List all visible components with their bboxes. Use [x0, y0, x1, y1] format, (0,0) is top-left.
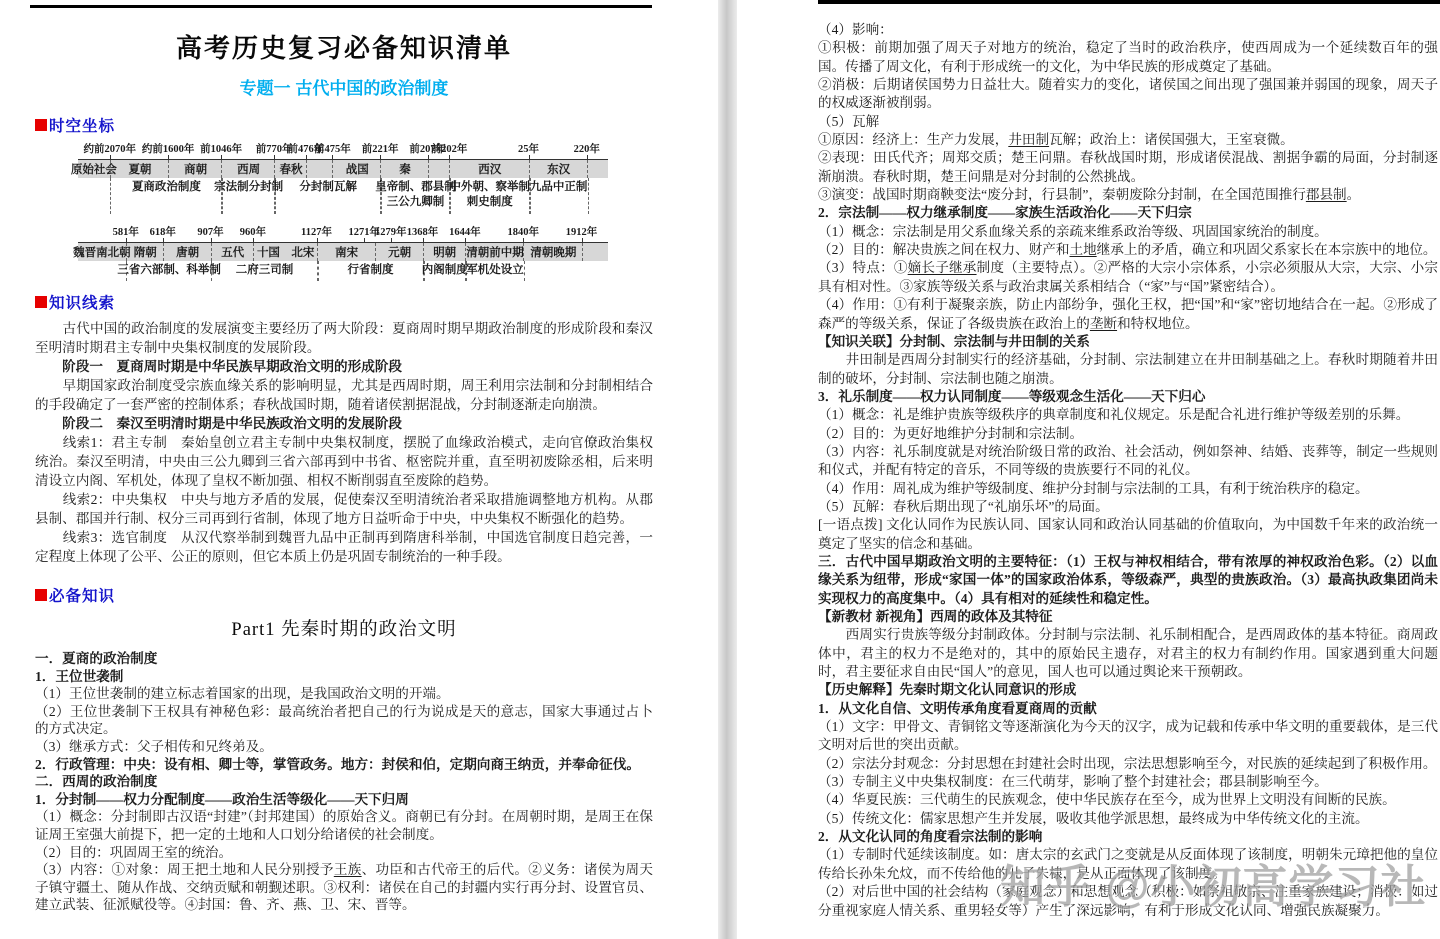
paragraph: （4）华夏民族：三代萌生的民族观念，使中华民族存在至今，成为世界上文明没有间断的…: [818, 791, 1438, 809]
paragraph: 【新教材 新视角】西周的政体及其特征: [818, 608, 1438, 626]
timeline-note-cell: 皇帝制、郡县制三公九卿制: [380, 178, 451, 214]
timeline-period-cell: 十国 北宋: [253, 243, 318, 261]
paragraph: （2）目的：为更好地维护分封制和宗法制。: [818, 425, 1438, 443]
timeline-note-cell: 内阁制度: [423, 261, 467, 281]
paragraph: （2）目的：解决贵族之间在权力、财产和土地继承上的矛盾，确立和巩固父系家长在本宗…: [818, 241, 1438, 259]
timeline-notes-row: 夏商政治制度宗法制分封制分封制瓦解皇帝制、郡县制三公九卿制中外朝、察举制刺史制度…: [78, 178, 608, 214]
timeline-years-row: 581年618年907年960年1127年1271年1279年1368年1644…: [78, 226, 608, 239]
paragraph: （3）内容：礼乐制度就是对统治阶级日常的政治、社会活动，例如祭神、结婚、丧葬等，…: [818, 443, 1438, 480]
paragraph: （5）瓦解：春秋后期出现了“礼崩乐坏”的局面。: [818, 498, 1438, 516]
timeline-year-label: 前202年: [431, 141, 468, 156]
timeline-year-label: 907年: [197, 224, 223, 239]
timeline-period-cell: 清朝晚期: [523, 243, 582, 261]
timeline-period-cell: [428, 160, 450, 178]
timeline-period-cell: 隋朝: [126, 243, 164, 261]
paragraph: 【历史解释】先秦时期文化认同意识的形成: [818, 681, 1438, 699]
paragraph: （2）宗法分封观念：分封思想在封建社会时出现，宗法思想影响至今，对民族的延续起到…: [818, 755, 1438, 773]
timeline-note-cell: 宗法制分封制: [221, 178, 276, 214]
paragraph: 早期国家政治制度受宗族血缘关系的影响明显，尤其是西周时期，周王利用宗法制和分封制…: [35, 376, 653, 414]
timeline-year-label: 1368年: [407, 224, 439, 239]
paragraph: （4）影响：: [818, 21, 1438, 39]
paragraph: 线索2：中央集权 中央与地方矛盾的发展，促使秦汉至明清统治者采取措施调整地方机构…: [35, 490, 653, 528]
timeline-year-label: 960年: [240, 224, 266, 239]
paragraph: （1）概念：礼是维护贵族等级秩序的典章制度和礼仪规定。乐是配合礼进行维护等级差别…: [818, 406, 1438, 424]
page-right: （4）影响：①积极：前期加强了周天子对地方的统治，稳定了当时的政治秩序，使西周成…: [818, 12, 1438, 920]
section-title: 知识线索: [49, 291, 115, 313]
paragraph: （4）作用：①有利于凝聚亲族，防止内部纷争，强化王权，把“国”和“家”密切地结合…: [818, 296, 1438, 333]
timeline-year-label: 618年: [150, 224, 176, 239]
paragraph: 井田制是西周分封制实行的经济基础，分封制、宗法制建立在井田制基础之上。春秋时期随…: [818, 351, 1438, 388]
timeline-period-cell: 西周: [221, 160, 275, 178]
paragraph: （4）作用：周礼成为维护等级制度、维护分封制与宗法制的工具，有利于统治秩序的稳定…: [818, 480, 1438, 498]
timeline-era-bar: 原始社会夏朝商朝西周春秋战国秦西汉东汉: [78, 159, 608, 178]
section-header-clues: 知识线索: [35, 293, 653, 311]
timeline-era-bar: 魏晋南北朝隋朝唐朝五代十国 北宋南宋元朝明朝清朝前中期清朝晚期: [78, 242, 608, 261]
part1-title: Part1 先秦时期的政治文明: [35, 615, 653, 641]
timeline-period-cell: 南宋: [317, 243, 376, 261]
page-top-rule-right: [818, 0, 1440, 4]
red-square-icon: [35, 589, 47, 601]
paragraph: 三．古代中国早期政治文明的主要特征：（1）王权与神权相结合，带有浓厚的神权政治色…: [818, 553, 1438, 608]
timeline-period-cell: [582, 243, 610, 261]
timeline-note-cell: 军机处设立: [465, 261, 525, 281]
timeline-year-label: 220年: [574, 141, 600, 156]
paragraph: 线索1：君主专制 秦始皇创立君主专制中央集权制度，摆脱了血缘政治模式，走向官僚政…: [35, 433, 653, 490]
paragraph: （1）概念：分封制即古汉语“封建”（封邦建国）的原始含义。商朝已有分封。在周朝时…: [35, 808, 653, 843]
paragraph: （2）目的：巩固周王室的统治。: [35, 844, 653, 862]
timeline-period-cell: 夏朝: [110, 160, 169, 178]
paragraph: 阶段一 夏商周时期是中华民族早期政治文明的形成阶段: [35, 357, 653, 376]
paragraph: （1）王位世袭制的建立标志着国家的出现，是我国政治文明的开端。: [35, 685, 653, 703]
timeline-year-label: 约前2070年: [84, 141, 137, 156]
paragraph: 2．行政管理：中央：设有相、卿士等，掌管政务。地方：封侯和伯，定期向商王纳贡，并…: [35, 756, 653, 774]
section-title: 时空坐标: [49, 114, 115, 136]
timeline-period-cell: 商朝: [168, 160, 222, 178]
page-left: 高考历史复习必备知识清单 专题一 古代中国的政治制度 时空坐标 约前2070年约…: [35, 8, 653, 914]
paragraph: 1．分封制——权力分配制度——政治生活等级化——天下归周: [35, 791, 653, 809]
timeline-note-cell: 行省制度: [317, 261, 425, 281]
timeline-year-label: 1127年: [301, 224, 332, 239]
timeline-year-label: 1840年: [507, 224, 539, 239]
timeline-year-label: 前475年: [314, 141, 351, 156]
timeline-note-cell: 二府三司制: [211, 261, 319, 281]
paragraph: （5）瓦解: [818, 113, 1438, 131]
timeline-period-cell: 西汉: [449, 160, 530, 178]
knowledge-clues-text: 古代中国的政治制度的发展演变主要经历了两大阶段：夏商周时期早期政治制度的形成阶段…: [35, 319, 653, 566]
timeline-period-cell: 清朝前中期: [465, 243, 524, 261]
timeline-note-cell: 分封制瓦解: [274, 178, 382, 214]
paragraph: （1）概念：宗法制是用父系血缘关系的亲疏来维系政治等级、巩固国家统治的制度。: [818, 223, 1438, 241]
document-canvas: 高考历史复习必备知识清单 专题一 古代中国的政治制度 时空坐标 约前2070年约…: [0, 0, 1440, 939]
timeline-note-cell: 三省六部制、科举制: [126, 261, 213, 281]
timeline-period-cell: 东汉: [529, 160, 588, 178]
page-divider: [718, 0, 737, 939]
essentials-text-left: 一．夏商的政治制度1．王位世袭制（1）王位世袭制的建立标志着国家的出现，是我国政…: [35, 650, 653, 914]
paragraph: ③演变：战国时期商鞅变法“废分封，行县制”，秦朝废除分封制，在全国范围推行郡县制…: [818, 186, 1438, 204]
section-title: 必备知识: [49, 584, 115, 606]
page-title: 高考历史复习必备知识清单: [35, 28, 653, 65]
paragraph: 1．王位世袭制: [35, 668, 653, 686]
paragraph: 2．宗法制——权力继承制度——家族生活政治化——天下归宗: [818, 204, 1438, 222]
timeline-period-cell: 唐朝: [163, 243, 212, 261]
paragraph: 二．西周的政治制度: [35, 773, 653, 791]
timeline-period-cell: 明朝: [423, 243, 466, 261]
paragraph: （3）继承方式：父子相传和兄终弟及。: [35, 738, 653, 756]
timeline-period-cell: [306, 160, 334, 178]
paragraph: [一语点拨] 文化认同作为民族认同、国家认同和政治认同基础的价值取向，为中国数千…: [818, 516, 1438, 553]
timeline-period-cell: [587, 160, 609, 178]
timeline-period-cell: 魏晋南北朝: [78, 243, 126, 261]
paragraph: 【知识关联】分封制、宗法制与井田制的关系: [818, 333, 1438, 351]
timeline-wei-jin-to-qing: 581年618年907年960年1127年1271年1279年1368年1644…: [78, 226, 608, 281]
timeline-period-cell: 春秋: [274, 160, 307, 178]
timeline-year-label: 前1046年: [200, 141, 242, 156]
red-square-icon: [35, 296, 47, 308]
paragraph: 线索3：选官制度 从汉代察举制到魏晋九品中正制再到隋唐科举制，中国选官制度日趋完…: [35, 528, 653, 566]
watermark: 知乎 @小初高学习社: [1000, 850, 1440, 915]
timeline-year-label: 约前1600年: [142, 141, 195, 156]
paragraph: ①积极：前期加强了周天子对地方的统治，稳定了当时的政治秩序，使西周成为一个延续数…: [818, 39, 1438, 76]
timeline-period-cell: 元朝: [375, 243, 424, 261]
paragraph: 1．从文化自信、文明传承角度看夏商周的贡献: [818, 700, 1438, 718]
paragraph: （5）传统文化：儒家思想产生并发展，吸收其他学派思想，最终成为中华传统文化的主流…: [818, 810, 1438, 828]
paragraph: ②消极：后期诸侯国势力日益壮大。随着实力的变化，诸侯国之间出现了强国兼并弱国的现…: [818, 76, 1438, 113]
timeline-note-cell: 夏商政治制度: [110, 178, 223, 214]
paragraph: （1）文字：甲骨文、青铜铭文等逐渐演化为今天的汉字，成为记载和传承中华文明的重要…: [818, 718, 1438, 755]
timeline-pre-qin-to-han: 约前2070年约前1600年前1046年前770年前476年前475年前221年…: [78, 143, 608, 214]
paragraph: 3．礼乐制度——权力认同制度——等级观念生活化——天下归心: [818, 388, 1438, 406]
timeline-year-label: 1912年: [566, 224, 598, 239]
paragraph: （2）王位世袭制下王权具有神秘色彩：最高统治者把自己的行为说成是天的意志，国家大…: [35, 703, 653, 738]
timeline-year-label: 前221年: [362, 141, 399, 156]
paragraph: ①原因：经济上：生产力发展，井田制瓦解；政治上：诸侯国强大，王室衰微。: [818, 131, 1438, 149]
timeline-year-label: 1279年: [375, 224, 407, 239]
paragraph: ②表现：田氏代齐；周郑交质；楚王问鼎。春秋战国时期，形成诸侯混战、割据争霸的局面…: [818, 149, 1438, 186]
timeline-note-cell: 九品中正制: [529, 178, 589, 214]
section-header-essentials: 必备知识: [35, 586, 653, 604]
timeline-period-cell: 战国: [332, 160, 381, 178]
timeline-year-label: 25年: [518, 141, 539, 156]
subtitle: 专题一 古代中国的政治制度: [35, 74, 653, 99]
red-square-icon: [35, 119, 47, 131]
section-header-timespace: 时空坐标: [35, 116, 653, 134]
timeline-year-label: 581年: [113, 224, 139, 239]
timeline-period-cell: 五代: [211, 243, 254, 261]
paragraph: 阶段二 秦汉至明清时期是中华民族政治文明的发展阶段: [35, 414, 653, 433]
paragraph: 一．夏商的政治制度: [35, 650, 653, 668]
paragraph: （3）特点：①嫡长子继承制度（主要特点）。②严格的大宗小宗体系，小宗必须服从大宗…: [818, 259, 1438, 296]
paragraph: （3）专制主义中央集权制度：在三代萌芽，影响了整个封建社会；郡县制影响至今。: [818, 773, 1438, 791]
paragraph: 西周实行贵族等级分封制政体。分封制与宗法制、礼乐制相配合，是西周政体的基本特征。…: [818, 626, 1438, 681]
timeline-year-label: 1644年: [449, 224, 481, 239]
essentials-text-right: （4）影响：①积极：前期加强了周天子对地方的统治，稳定了当时的政治秩序，使西周成…: [818, 21, 1438, 920]
timeline-period-cell: 秦: [380, 160, 429, 178]
paragraph: 古代中国的政治制度的发展演变主要经历了两大阶段：夏商周时期早期政治制度的形成阶段…: [35, 319, 653, 357]
paragraph: （3）内容：①对象：周王把土地和人民分别授予王族、功臣和古代帝王的后代。②义务：…: [35, 861, 653, 914]
timeline-period-cell: 原始社会: [78, 160, 110, 178]
timeline-note-cell: 中外朝、察举制刺史制度: [449, 178, 531, 214]
timeline-notes-row: 三省六部制、科举制二府三司制行省制度内阁制度军机处设立: [78, 261, 608, 281]
paragraph: 2．从文化认同的角度看宗法制的影响: [818, 828, 1438, 846]
